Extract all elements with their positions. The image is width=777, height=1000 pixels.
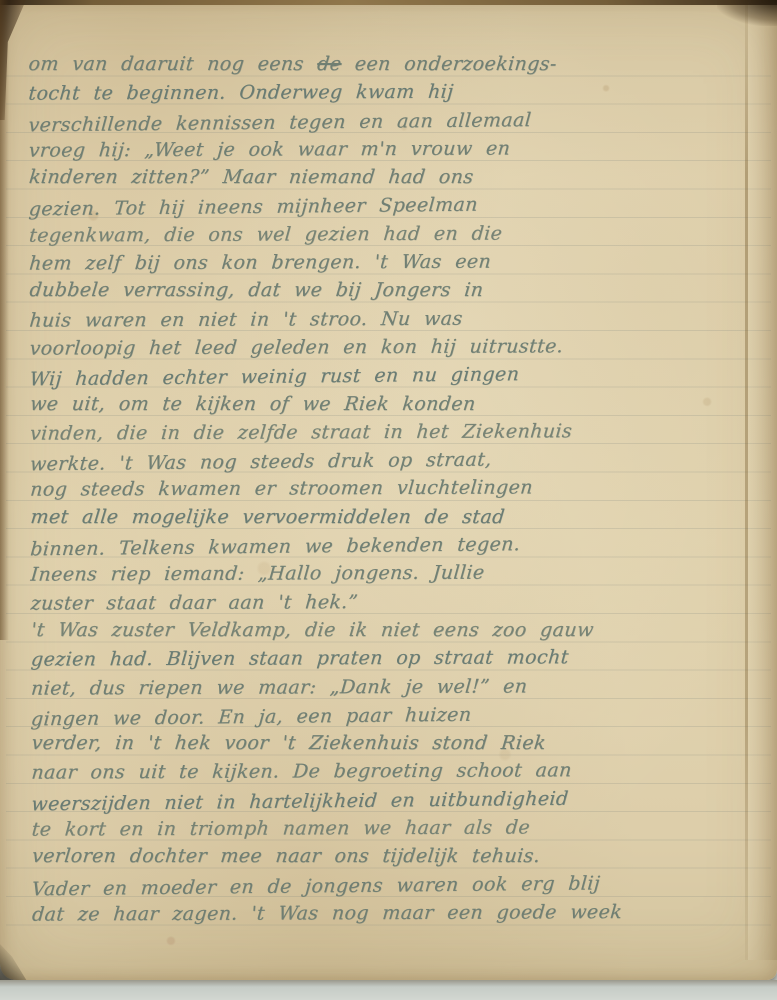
handwritten-line: Wij hadden echter weinig rust en nu ging… xyxy=(28,361,764,397)
handwritten-line: Ineens riep iemand: „Hallo jongens. Jull… xyxy=(29,561,764,593)
handwritten-line: kinderen zitten?” Maar niemand had ons xyxy=(27,166,763,194)
handwritten-line: huis waren en niet in 't stroo. Nu was xyxy=(28,306,763,338)
handwritten-line: met alle mogelijke vervoermiddelen de st… xyxy=(29,506,765,534)
handwritten-line: dat ze haar zagen. 't Was nog maar een g… xyxy=(31,900,766,932)
scan-edge-top xyxy=(0,0,777,5)
scan-shadow-left xyxy=(0,0,9,640)
handwritten-line: tocht te beginnen. Onderweg kwam hij xyxy=(27,80,762,112)
handwritten-line: nog steeds kwamen er stroomen vluchtelin… xyxy=(29,476,764,508)
handwritten-line: we uit, om te kijken of we Riek konden xyxy=(28,393,764,421)
handwritten-line: zuster staat daar aan 't hek.” xyxy=(29,589,764,621)
handwritten-line: verder, in 't hek voor 't Ziekenhuis sto… xyxy=(30,732,766,760)
handwritten-line: naar ons uit te kijken. De begroeting sc… xyxy=(30,759,765,791)
notebook-page: om van daaruit nog eens de een onderzoek… xyxy=(0,0,777,980)
handwritten-line: om van daaruit nog eens de een onderzoek… xyxy=(27,53,763,81)
handwritten-line: tegenkwam, die ons wel gezien had en die xyxy=(28,221,763,253)
handwritten-text: om van daaruit nog eens de een onderzoek… xyxy=(28,51,765,931)
handwritten-line: vroeg hij: „Weet je ook waar m'n vrouw e… xyxy=(27,136,762,168)
handwritten-line: 't Was zuster Veldkamp, die ik niet eens… xyxy=(29,619,765,647)
handwritten-line: gezien had. Blijven staan praten op stra… xyxy=(30,646,765,678)
page-right-curl xyxy=(748,0,777,960)
handwritten-line: hem zelf bij ons kon brengen. 't Was een xyxy=(28,249,763,281)
scan-background-bottom xyxy=(0,980,777,1000)
handwritten-line: te kort en in triomph namen we haar als … xyxy=(30,815,765,847)
handwritten-line: verloren dochter mee naar ons tijdelijk … xyxy=(30,845,766,873)
handwritten-line: niet, dus riepen we maar: „Dank je wel!”… xyxy=(30,674,765,706)
scanned-page: om van daaruit nog eens de een onderzoek… xyxy=(0,0,777,1000)
scan-shadow-top-right xyxy=(717,0,777,26)
handwritten-line: dubbele verrassing, dat we bij Jongers i… xyxy=(28,279,764,307)
